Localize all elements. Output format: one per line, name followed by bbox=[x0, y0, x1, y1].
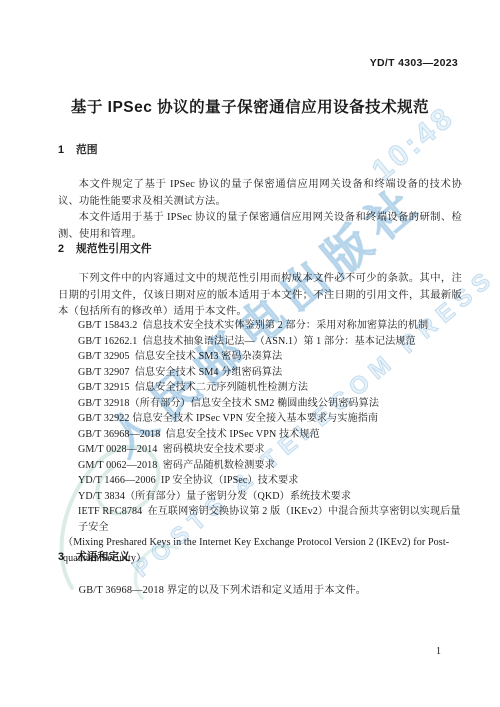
section-1-heading: 1范围 bbox=[58, 142, 462, 157]
section-1-body: 本文件规定了基于 IPSec 协议的量子保密通信应用网关设备和终端设备的技术协议… bbox=[58, 177, 462, 243]
reference-item: GM/T 0062—2018 密码产品随机数检测要求 bbox=[58, 458, 468, 474]
reference-item: GB/T 32922 信息安全技术 IPSec VPN 安全接入基本要求与实施指… bbox=[58, 411, 468, 427]
reference-item: YD/T 3834（所有部分）量子密钥分发（QKD）系统技术要求 bbox=[58, 489, 468, 505]
reference-item: GM/T 0028—2014 密码模块安全技术要求 bbox=[58, 442, 468, 458]
section-2-number: 2 bbox=[58, 243, 64, 255]
section-2-intro: 下列文件中的内容通过文中的规范性引用而构成本文件必不可少的条款。其中，注日期的引… bbox=[58, 271, 462, 321]
section-1-number: 1 bbox=[58, 144, 64, 156]
section-1-title: 范围 bbox=[76, 144, 98, 156]
paragraph: GB/T 36968—2018 界定的以及下列术语和定义适用于本文件。 bbox=[58, 583, 462, 600]
standard-number-header: YD/T 4303—2023 bbox=[370, 57, 458, 69]
reference-item: YD/T 1466—2006 IP 安全协议（IPSec）技术要求 bbox=[58, 473, 468, 489]
section-3-body: GB/T 36968—2018 界定的以及下列术语和定义适用于本文件。 bbox=[58, 583, 462, 600]
section-2-title: 规范性引用文件 bbox=[76, 243, 152, 255]
section-3-number: 3 bbox=[58, 551, 64, 563]
page-number: 1 bbox=[436, 646, 441, 657]
paragraph: 本文件适用于基于 IPSec 协议的量子保密通信应用网关设备和终端设备的研制、检… bbox=[58, 210, 462, 243]
document-title: 基于 IPSec 协议的量子保密通信应用设备技术规范 bbox=[0, 95, 500, 117]
reference-item: GB/T 15843.2 信息技术安全技术实体鉴别第 2 部分：采用对称加密算法… bbox=[58, 318, 468, 334]
paragraph: 下列文件中的内容通过文中的规范性引用而构成本文件必不可少的条款。其中，注日期的引… bbox=[58, 271, 462, 321]
standard-document-page: 人民邮电出版社 POSTS & TELECOM PRESS 10:48 YD/T… bbox=[0, 0, 500, 707]
section-3-title: 术语和定义 bbox=[76, 551, 130, 563]
paragraph: 本文件规定了基于 IPSec 协议的量子保密通信应用网关设备和终端设备的技术协议… bbox=[58, 177, 462, 210]
reference-item: GB/T 32907 信息安全技术 SM4 分组密码算法 bbox=[58, 365, 468, 381]
section-3-heading: 3术语和定义 bbox=[58, 549, 462, 564]
section-2-heading: 2规范性引用文件 bbox=[58, 241, 462, 256]
reference-item: GB/T 16262.1 信息技术抽象语法记法—（ASN.1）第 1 部分：基本… bbox=[58, 334, 468, 350]
reference-item: IETF RFC8784 在互联网密钥交换协议第 2 版（IKEv2）中混合预共… bbox=[58, 504, 468, 535]
reference-item: GB/T 32918（所有部分）信息安全技术 SM2 椭圆曲线公钥密码算法 bbox=[58, 396, 468, 412]
reference-item: GB/T 36968—2018 信息安全技术 IPSec VPN 技术规范 bbox=[58, 427, 468, 443]
normative-references-list: GB/T 15843.2 信息技术安全技术实体鉴别第 2 部分：采用对称加密算法… bbox=[58, 318, 468, 566]
reference-item: GB/T 32915 信息安全技术二元序列随机性检测方法 bbox=[58, 380, 468, 396]
reference-item: GB/T 32905 信息安全技术 SM3 密码杂凑算法 bbox=[58, 349, 468, 365]
